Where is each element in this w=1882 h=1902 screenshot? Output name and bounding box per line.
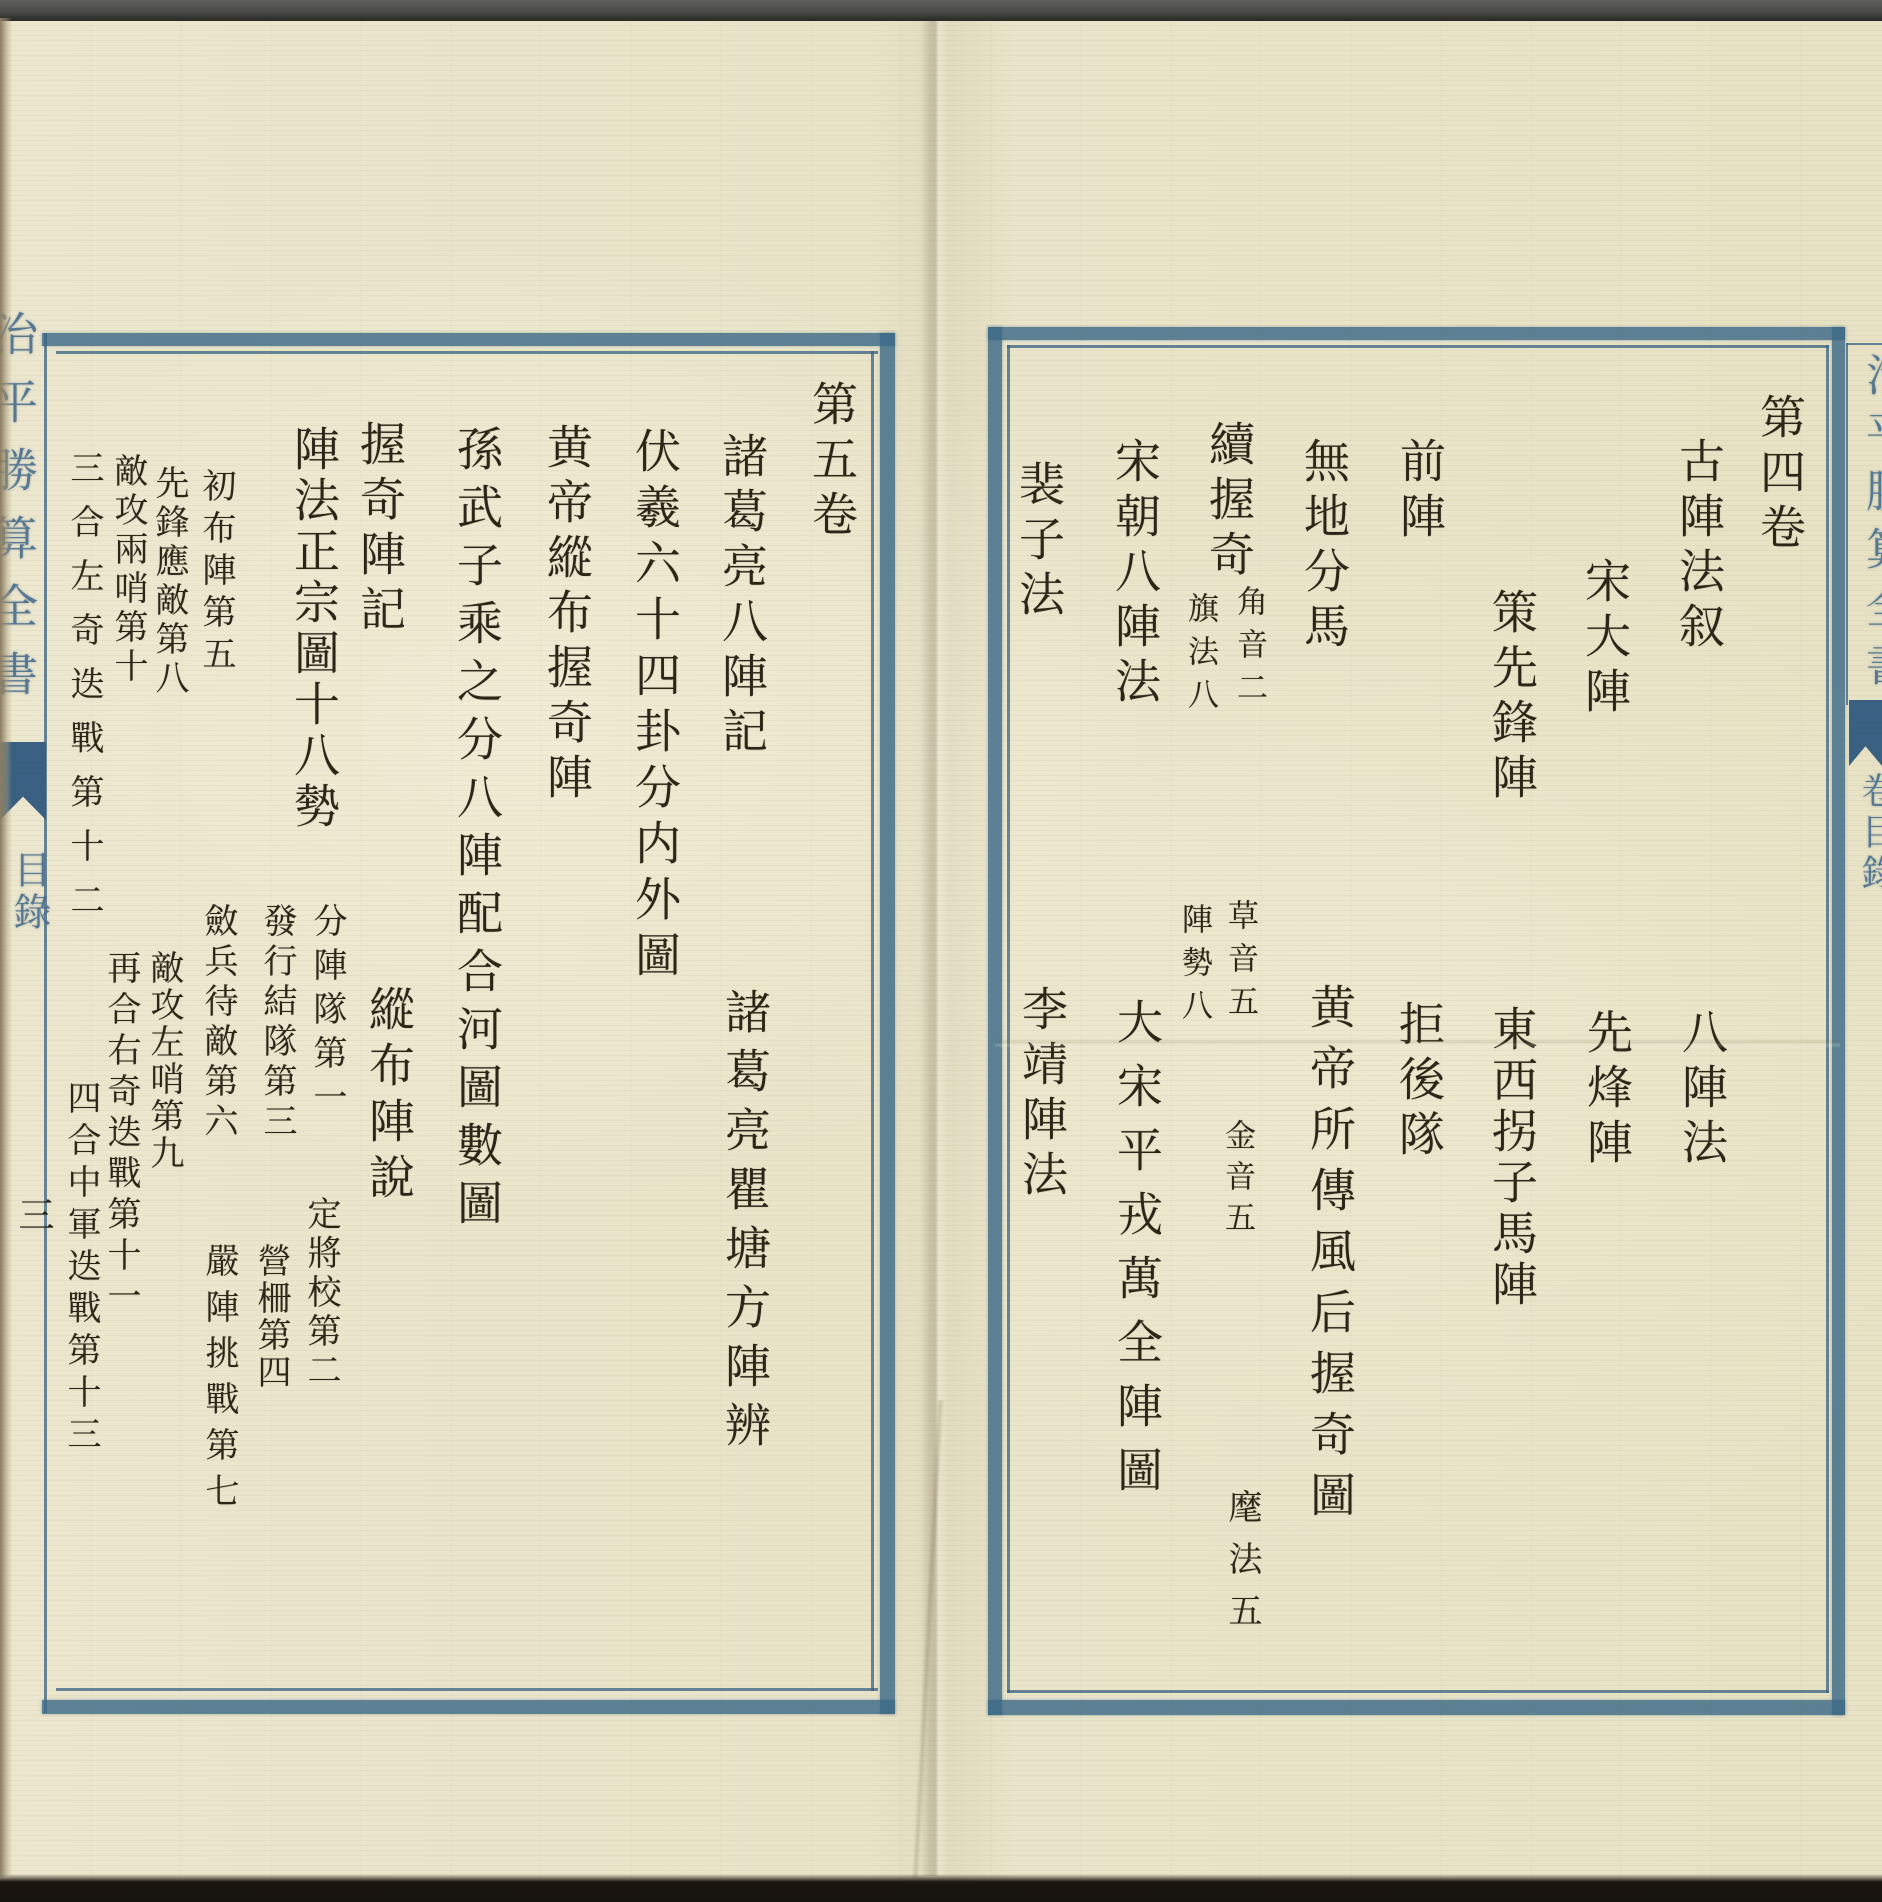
toc-entry: 大宋平戎萬全陣圖 (1104, 998, 1170, 1510)
toc-entry: 伏羲六十四卦分内外圖 (622, 427, 688, 987)
toc-entry-annotation: 旗法八 (1178, 592, 1223, 721)
toc-section-entry: 初布陣第五 (192, 468, 241, 678)
left-page-border-bottom-inner (56, 1688, 878, 1691)
toc-section-entry: 三合左奇迭戰第十二 (60, 450, 109, 936)
toc-section-entry: 發行結隊第三 (253, 903, 302, 1143)
left-page-border-bottom (42, 1700, 895, 1714)
toc-section-entry: 定將校第二 (297, 1196, 346, 1391)
right-page-border-bottom (988, 1700, 1845, 1715)
volume-4-header: 第四卷 (1747, 393, 1813, 558)
book-top-edge (0, 0, 1882, 21)
toc-entry: 八陣法 (1669, 1008, 1735, 1173)
toc-entry: 黄帝所傳風后握奇圖 (1297, 983, 1363, 1532)
toc-entry: 李靖陣法 (1009, 985, 1075, 1205)
center-gutter-crease (920, 20, 950, 1876)
toc-entry-annotation: 角音二 (1227, 585, 1272, 714)
right-page-border-bottom-inner (1007, 1690, 1829, 1693)
toc-section-entry: 營柵第四 (247, 1243, 296, 1391)
toc-entry: 縱布陣說 (356, 985, 422, 1209)
toc-entry: 宋大陣 (1572, 557, 1638, 722)
right-page-border-right (1832, 327, 1845, 1715)
toc-entry-annotation: 金音五 (1215, 1119, 1260, 1242)
toc-section-entry: 敵攻兩哨第十 (104, 453, 153, 687)
left-page-border-top-inner (56, 351, 878, 354)
toc-entry: 古陣法叙 (1666, 437, 1732, 657)
right-fold-strip: 治平勝算全書 卷目錄 (1846, 20, 1882, 1876)
toc-entry: 握奇陣記 (347, 420, 413, 640)
book-title-left-strip: 治平勝算全書 (0, 310, 45, 718)
toc-section-entry: 斂兵待敵第六 (194, 903, 243, 1143)
book-bottom-edge (0, 1874, 1882, 1902)
toc-entry: 宋朝八陣法 (1102, 437, 1168, 712)
toc-entry: 黄帝縱布握奇陣 (534, 423, 600, 808)
toc-entry: 策先鋒陣 (1479, 588, 1545, 808)
right-page-border-top (988, 327, 1845, 340)
left-page-border-top (42, 333, 895, 346)
toc-section-entry: 嚴陣挑戰第七 (195, 1243, 244, 1519)
toc-entry: 無地分馬 (1291, 437, 1357, 657)
right-page-border-top-inner (1007, 345, 1829, 348)
toc-entry: 孫武子乘之分八陣配合河圖數圖 (444, 425, 510, 1237)
right-page-border-right-inner (1826, 345, 1829, 1693)
toc-section-entry: 敵攻左哨第九 (140, 950, 189, 1172)
toc-entry-annotation: 陣勢八 (1172, 903, 1217, 1032)
toc-entry: 拒後隊 (1386, 1000, 1452, 1165)
left-page-border-right (880, 333, 895, 1714)
toc-entry: 續握奇 (1196, 420, 1262, 585)
toc-entry: 先烽陣 (1574, 1008, 1640, 1173)
toc-section-entry: 分陣隊第一 (303, 903, 352, 1123)
toc-entry: 裴子法 (1006, 460, 1072, 625)
book-scan-spread: 第四卷 古陣法叙 宋大陣 策先鋒陣 前陣 無地分馬 續握奇 角音二 旗法八 宋朝… (0, 0, 1882, 1902)
section-label-left-strip: 目錄 (2, 850, 50, 934)
section-label-right-strip: 卷目錄 (1851, 772, 1882, 895)
toc-entry: 諸葛亮八陣記 (709, 432, 775, 762)
toc-entry-annotation: 麾法五 (1218, 1489, 1267, 1645)
toc-entry: 諸葛亮瞿塘方陣辨 (712, 988, 778, 1460)
toc-section-entry: 四合中軍迭戰第十三 (57, 1080, 106, 1458)
left-page-bottom-crease (911, 1400, 944, 1878)
toc-entry-annotation: 草音五 (1218, 899, 1263, 1028)
book-title-right-strip: 治平勝算全書 (1851, 352, 1882, 700)
fishtail-ornament-icon (1849, 700, 1882, 766)
fishtail-ornament-icon (0, 742, 46, 820)
toc-entry: 東西拐子馬陣 (1479, 1005, 1545, 1311)
toc-entry: 前陣 (1387, 437, 1453, 547)
right-page-border-left (988, 327, 1002, 1715)
toc-entry: 陣法正宗圖十八勢 (281, 425, 347, 833)
volume-5-header: 第五卷 (799, 380, 865, 545)
left-page-border-right-inner (871, 351, 874, 1691)
left-fold-strip: 治平勝算全書 目錄 (0, 20, 50, 1876)
folio-number: 三 (8, 1196, 59, 1232)
